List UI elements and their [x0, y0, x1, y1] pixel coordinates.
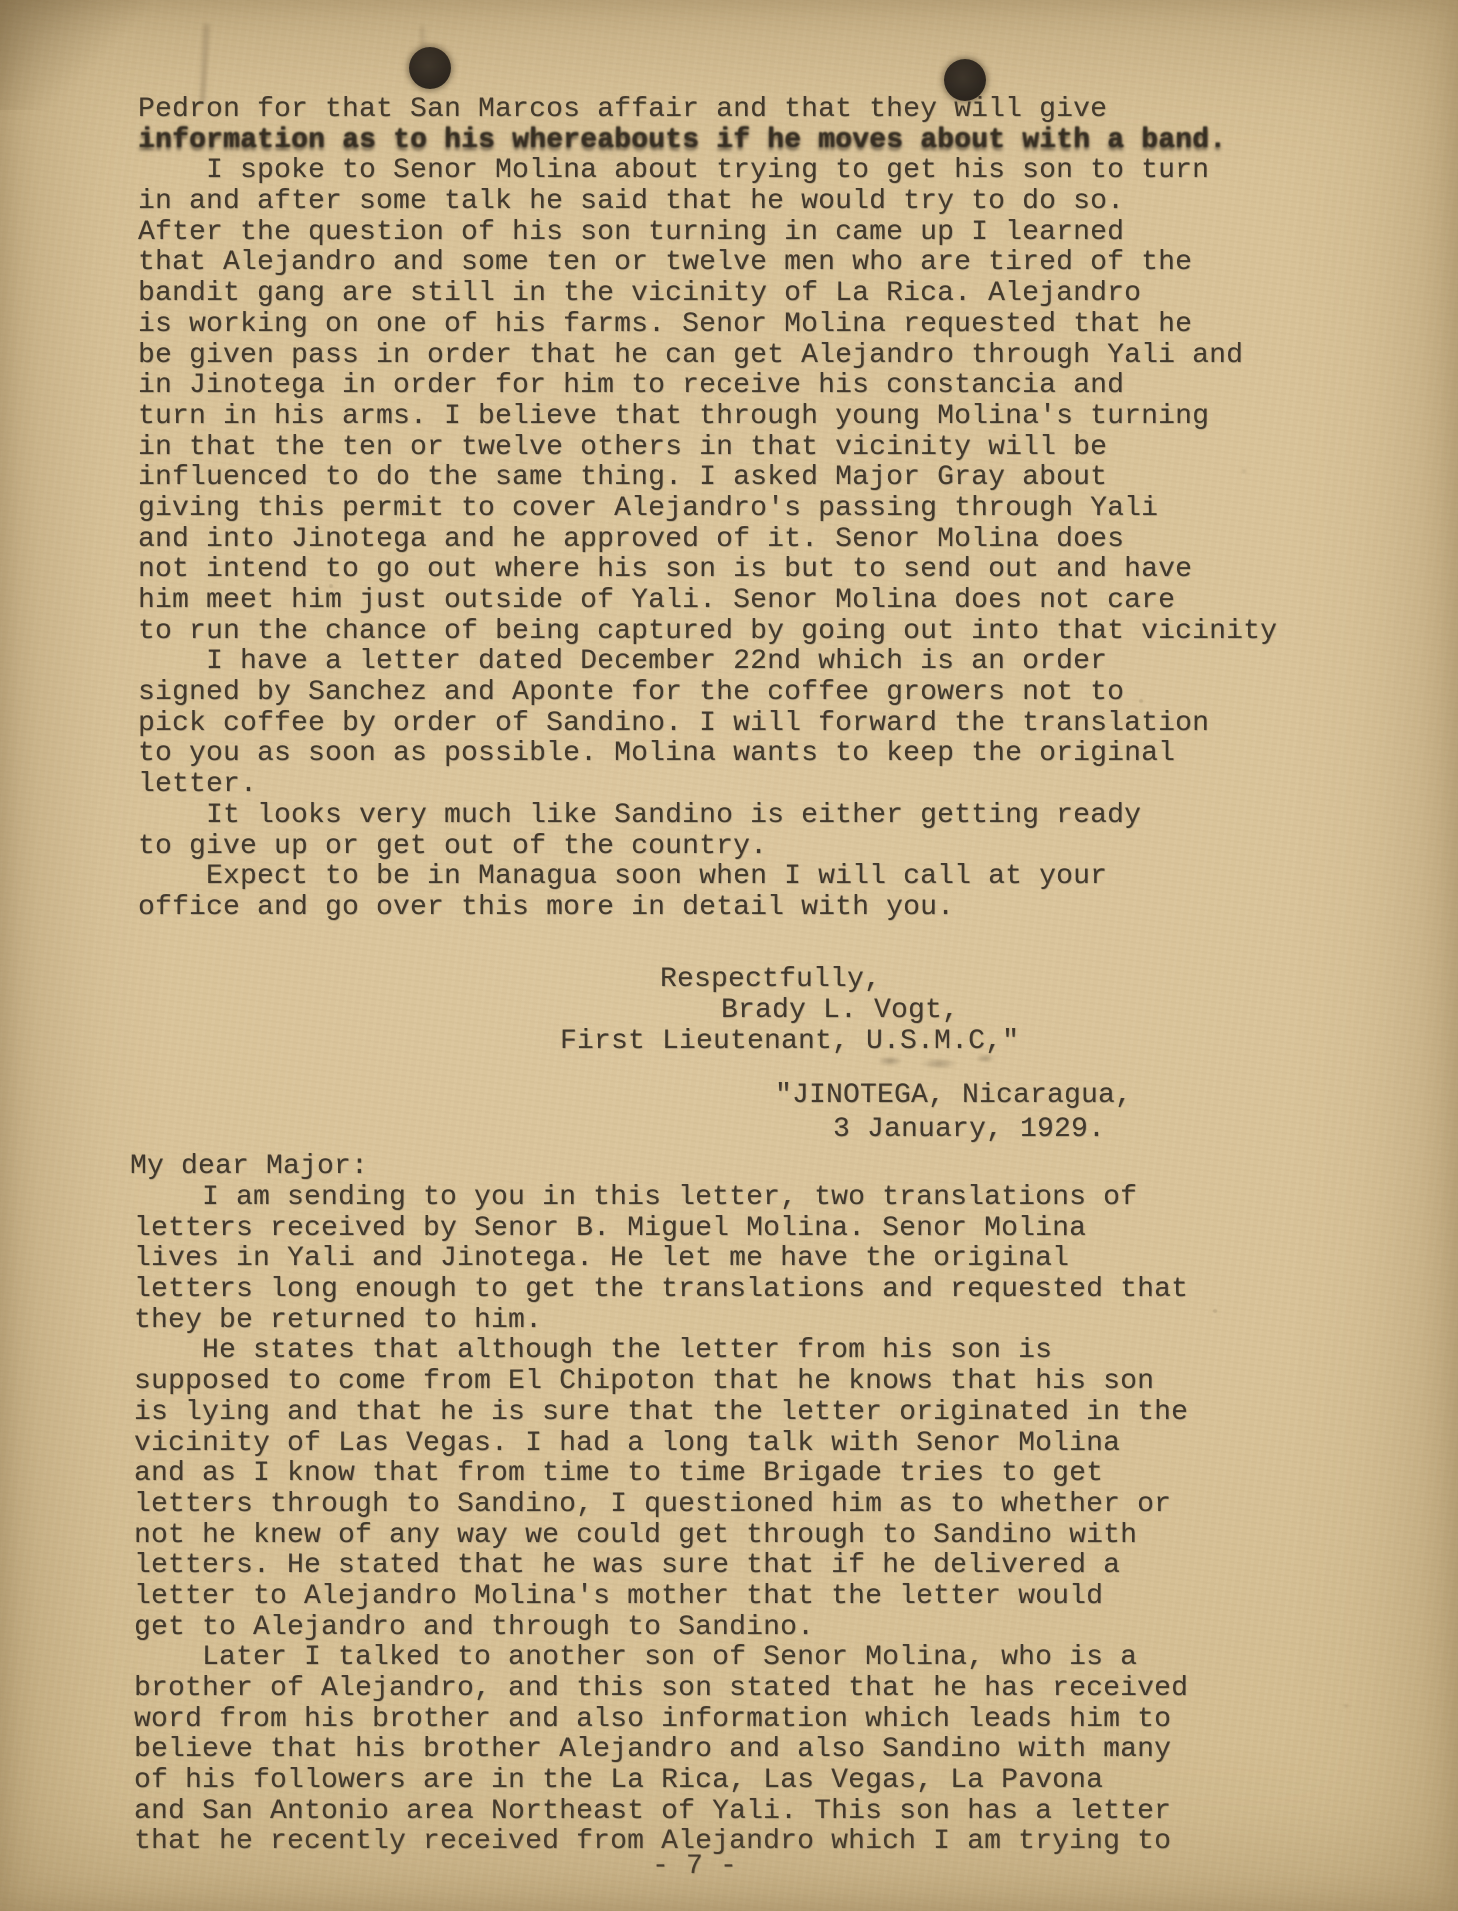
text-line: not he knew of any way we could get thro… [134, 1521, 1188, 1552]
text-line: After the question of his son turning in… [138, 218, 1277, 249]
letter-continuation-text: Pedron for that San Marcos affair and th… [138, 95, 1277, 924]
text-line: turn in his arms. I believe that through… [138, 402, 1277, 433]
text-line: It looks very much like Sandino is eithe… [138, 801, 1277, 832]
text-line: be given pass in order that he can get A… [138, 341, 1277, 372]
text-line: word from his brother and also informati… [134, 1705, 1188, 1736]
text-line: is lying and that he is sure that the le… [134, 1398, 1188, 1429]
text-line: to you as soon as possible. Molina wants… [138, 739, 1277, 770]
text-line: I spoke to Senor Molina about trying to … [138, 156, 1277, 187]
text-line: they be returned to him. [134, 1306, 1188, 1337]
text-line: lives in Yali and Jinotega. He let me ha… [134, 1244, 1188, 1275]
text-line: Later I talked to another son of Senor M… [134, 1643, 1188, 1674]
text-line: believe that his brother Alejandro and a… [134, 1735, 1188, 1766]
text-line: Pedron for that San Marcos affair and th… [138, 95, 1277, 126]
text-line: get to Alejandro and through to Sandino. [134, 1613, 1188, 1644]
text-line: letter to Alejandro Molina's mother that… [134, 1582, 1188, 1613]
text-line: in and after some talk he said that he w… [138, 187, 1277, 218]
signature-name: Brady L. Vogt, [721, 995, 959, 1026]
dateline-date: 3 January, 1929. [833, 1114, 1105, 1145]
text-line: bandit gang are still in the vicinity of… [138, 279, 1277, 310]
text-line: and into Jinotega and he approved of it.… [138, 525, 1277, 556]
text-line: signed by Sanchez and Aponte for the cof… [138, 678, 1277, 709]
text-line: pick coffee by order of Sandino. I will … [138, 709, 1277, 740]
text-line: vicinity of Las Vegas. I had a long talk… [134, 1429, 1188, 1460]
page-corner-shadow [0, 0, 150, 110]
text-line: letters received by Senor B. Miguel Moli… [134, 1214, 1188, 1245]
text-line: is working on one of his farms. Senor Mo… [138, 310, 1277, 341]
text-line: not intend to go out where his son is bu… [138, 555, 1277, 586]
text-line: and as I know that from time to time Bri… [134, 1459, 1188, 1490]
text-line: office and go over this more in detail w… [138, 893, 1277, 924]
text-line: brother of Alejandro, and this son state… [134, 1674, 1188, 1705]
text-line: him meet him just outside of Yali. Senor… [138, 586, 1277, 617]
text-line: in Jinotega in order for him to receive … [138, 371, 1277, 402]
text-line: giving this permit to cover Alejandro's … [138, 494, 1277, 525]
paper-specks [0, 0, 2, 2]
signature-title: First Lieutenant, U.S.M.C," [560, 1026, 1019, 1057]
text-line: He states that although the letter from … [134, 1336, 1188, 1367]
salutation: My dear Major: [130, 1151, 368, 1182]
second-letter-text: I am sending to you in this letter, two … [134, 1183, 1188, 1858]
text-line: of his followers are in the La Rica, Las… [134, 1766, 1188, 1797]
text-line: I am sending to you in this letter, two … [134, 1183, 1188, 1214]
text-line: and San Antonio area Northeast of Yali. … [134, 1797, 1188, 1828]
punch-hole-left [409, 47, 451, 89]
text-line: letter. [138, 770, 1277, 801]
text-line: I have a letter dated December 22nd whic… [138, 647, 1277, 678]
text-line: letters through to Sandino, I questioned… [134, 1490, 1188, 1521]
text-line: supposed to come from El Chipoton that h… [134, 1367, 1188, 1398]
text-line: Expect to be in Managua soon when I will… [138, 862, 1277, 893]
page-number: - 7 - [652, 1851, 737, 1882]
text-line: letters long enough to get the translati… [134, 1275, 1188, 1306]
text-line: in that the ten or twelve others in that… [138, 433, 1277, 464]
text-line: letters. He stated that he was sure that… [134, 1551, 1188, 1582]
scanned-letter-page: Pedron for that San Marcos affair and th… [0, 0, 1458, 1911]
text-line: that Alejandro and some ten or twelve me… [138, 248, 1277, 279]
text-line: information as to his whereabouts if he … [138, 126, 1277, 157]
text-line: influenced to do the same thing. I asked… [138, 463, 1277, 494]
signature-closing: Respectfully, [660, 964, 881, 995]
text-line: to give up or get out of the country. [138, 832, 1277, 863]
dateline-place: "JINOTEGA, Nicaragua, [775, 1080, 1132, 1111]
text-line: to run the chance of being captured by g… [138, 617, 1277, 648]
ink-streak [200, 24, 209, 104]
